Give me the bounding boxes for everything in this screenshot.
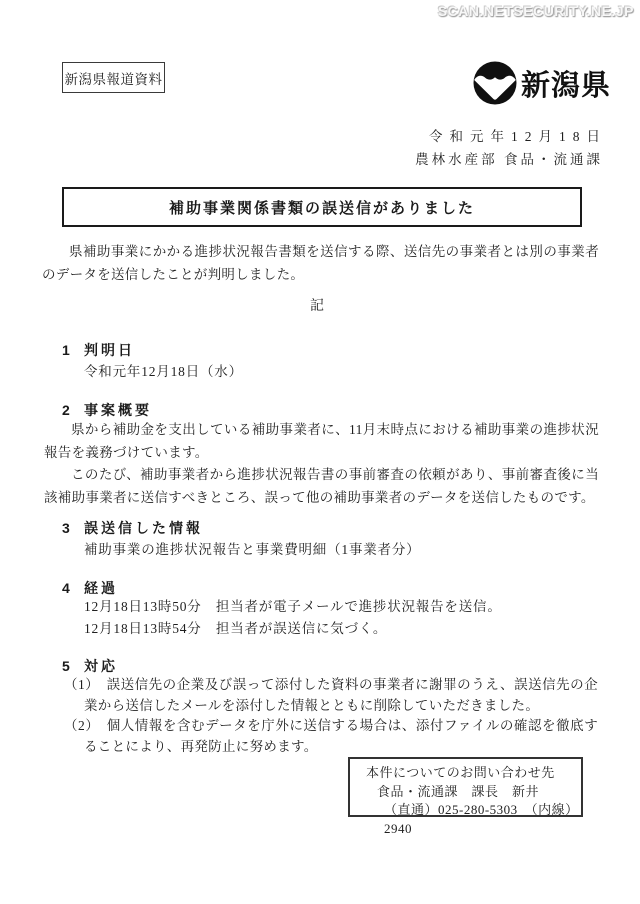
section-1-number: 1 — [62, 339, 84, 361]
document-title: 補助事業関係書類の誤送信がありました — [169, 197, 475, 218]
press-release-page: SCAN.NETSECURITY.NE.JP 新潟県報道資料 新潟県 令和元年1… — [0, 0, 640, 904]
section-5-heading: 5対応 — [62, 655, 118, 677]
section-5-number: 5 — [62, 655, 84, 677]
section-2-number: 2 — [62, 399, 84, 421]
section-5-content: （1） 誤送信先の企業及び誤って添付した資料の事業者に謝罪のうえ、誤送信先の企業… — [64, 675, 598, 757]
section-2-paragraph: 県から補助金を支出している補助事業者に、11月末時点における補助事業の進捗状況報… — [44, 419, 599, 464]
contact-title: 本件についてのお問い合わせ先 — [366, 764, 581, 783]
section-5-title: 対応 — [84, 658, 118, 674]
niigata-prefecture-logo-icon — [473, 61, 517, 105]
section-2-content: 県から補助金を支出している補助事業者に、11月末時点における補助事業の進捗状況報… — [44, 419, 599, 509]
timeline-entry: 12月18日13時54分 担当者が誤送信に気づく。 — [84, 618, 599, 640]
record-mark: 記 — [0, 296, 634, 318]
section-4-number: 4 — [62, 577, 84, 599]
contact-phone: （直通）025-280-5303 （内線）2940 — [384, 801, 581, 838]
section-3-title: 誤送信した情報 — [84, 520, 203, 536]
response-item: （1） 誤送信先の企業及び誤って添付した資料の事業者に謝罪のうえ、誤送信先の企業… — [64, 675, 598, 716]
section-2-title: 事案概要 — [84, 402, 152, 418]
document-title-box: 補助事業関係書類の誤送信がありました — [62, 187, 582, 227]
section-3-content: 補助事業の進捗状況報告と事業費明細（1事業者分） — [84, 539, 599, 561]
section-3-heading: 3誤送信した情報 — [62, 517, 203, 539]
contact-person: 食品・流通課 課長 新井 — [377, 783, 581, 802]
press-material-label: 新潟県報道資料 — [65, 68, 163, 88]
press-material-label-box: 新潟県報道資料 — [62, 62, 165, 93]
document-date: 令和元年12月18日 — [429, 125, 607, 145]
timeline-entry: 12月18日13時50分 担当者が電子メールで進捗状況報告を送信。 — [84, 596, 599, 618]
section-4-content: 12月18日13時50分 担当者が電子メールで進捗状況報告を送信。 12月18日… — [84, 596, 599, 640]
watermark: SCAN.NETSECURITY.NE.JP — [438, 3, 634, 19]
department-name: 農林水産部 食品・流通課 — [415, 148, 603, 168]
section-4-title: 経過 — [84, 580, 118, 596]
section-2-heading: 2事案概要 — [62, 399, 152, 421]
prefecture-name: 新潟県 — [521, 63, 611, 104]
section-1-title: 判明日 — [84, 342, 135, 358]
prefecture-brand: 新潟県 — [473, 61, 611, 105]
section-2-paragraph: このたび、補助事業者から進捗状況報告書の事前審査の依頼があり、事前審査後に当該補… — [44, 464, 599, 509]
response-item: （2） 個人情報を含むデータを庁外に送信する場合は、添付ファイルの確認を徹底する… — [64, 716, 598, 757]
intro-paragraph: 県補助事業にかかる進捗状況報告書類を送信する際、送信先の事業者とは別の事業者のデ… — [42, 241, 599, 286]
section-1-heading: 1判明日 — [62, 339, 135, 361]
section-3-number: 3 — [62, 517, 84, 539]
contact-box: 本件についてのお問い合わせ先 食品・流通課 課長 新井 （直通）025-280-… — [348, 757, 583, 817]
section-1-content: 令和元年12月18日（水） — [84, 361, 599, 383]
